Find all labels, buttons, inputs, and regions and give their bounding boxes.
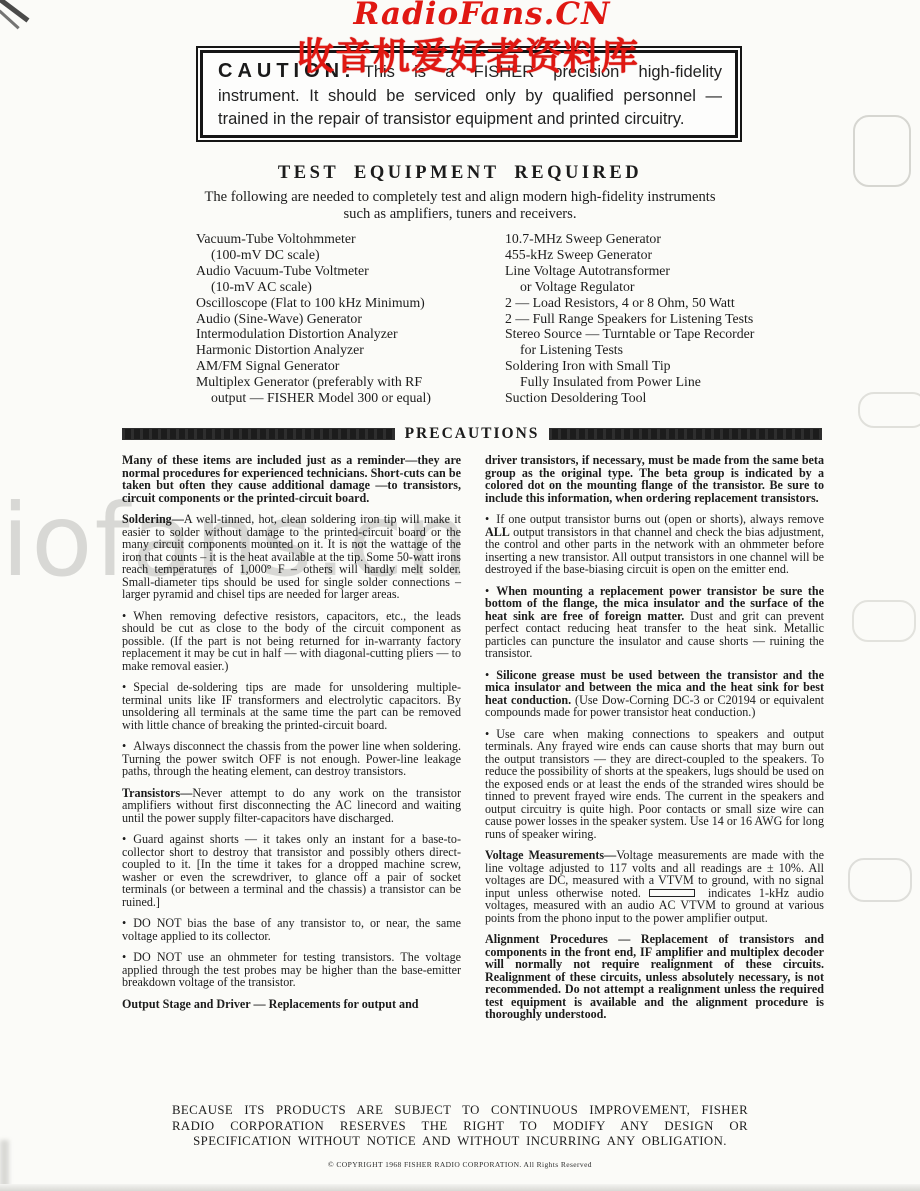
bold-text: Alignment Procedures — Replacement of tr… bbox=[485, 932, 824, 1021]
body-text: DO NOT use an ohmmeter for testing trans… bbox=[122, 950, 461, 989]
body-text: Special de-soldering tips are made for u… bbox=[122, 680, 461, 732]
equipment-item-name: Audio Vacuum-Tube Voltmeter bbox=[196, 263, 496, 279]
paragraph: Many of these items are included just as… bbox=[122, 454, 461, 504]
equipment-list-left: Vacuum-Tube Voltohmmeter(100-mV DC scale… bbox=[196, 231, 496, 406]
bold-text: driver transistors, if necessary, must b… bbox=[485, 453, 824, 505]
test-equipment-intro: The following are needed to completely t… bbox=[0, 189, 920, 223]
equipment-item-detail: for Listening Tests bbox=[505, 342, 815, 358]
equipment-item: Vacuum-Tube Voltohmmeter(100-mV DC scale… bbox=[196, 231, 496, 263]
equipment-item-detail: output — FISHER Model 300 or equal) bbox=[196, 390, 496, 406]
intro-line-2: such as amplifiers, tuners and receivers… bbox=[0, 206, 920, 223]
equipment-item-name: Soldering Iron with Small Tip bbox=[505, 358, 815, 374]
equipment-item-detail: (100-mV DC scale) bbox=[196, 247, 496, 263]
red-watermark-chinese: 收音机爱好者资料库 bbox=[8, 26, 920, 80]
equipment-item-name: 2 — Load Resistors, 4 or 8 Ohm, 50 Watt bbox=[505, 295, 815, 311]
equipment-list-right: 10.7-MHz Sweep Generator455-kHz Sweep Ge… bbox=[505, 231, 815, 406]
header-bar-right bbox=[549, 428, 822, 440]
equipment-item: Audio (Sine-Wave) Generator bbox=[196, 311, 496, 327]
paragraph: driver transistors, if necessary, must b… bbox=[485, 454, 824, 504]
equipment-item: 10.7-MHz Sweep Generator bbox=[505, 231, 815, 247]
paragraph: Transistors—Never attempt to do any work… bbox=[122, 787, 461, 825]
paragraph: •Always disconnect the chassis from the … bbox=[122, 740, 461, 778]
equipment-item: Stereo Source — Turntable or Tape Record… bbox=[505, 326, 815, 358]
equipment-item-detail: (10-mV AC scale) bbox=[196, 279, 496, 295]
body-text: Guard against shorts — it takes only an … bbox=[122, 832, 461, 909]
equipment-item-detail: or Voltage Regulator bbox=[505, 279, 815, 295]
body-text: A well-tinned, hot, clean soldering iron… bbox=[122, 512, 461, 601]
paragraph: •Use care when making connections to spe… bbox=[485, 728, 824, 841]
voltage-callout-box-icon bbox=[649, 889, 695, 897]
equipment-item-name: Intermodulation Distortion Analyzer bbox=[196, 326, 496, 342]
paragraph: •When removing defective resistors, capa… bbox=[122, 610, 461, 673]
copyright-line: © COPYRIGHT 1968 FISHER RADIO CORPORATIO… bbox=[0, 1160, 920, 1169]
body-text: output transistors in that channel and c… bbox=[485, 525, 824, 577]
equipment-item: AM/FM Signal Generator bbox=[196, 358, 496, 374]
precautions-right-column: driver transistors, if necessary, must b… bbox=[485, 454, 824, 1030]
equipment-item-name: Oscilloscope (Flat to 100 kHz Minimum) bbox=[196, 295, 496, 311]
equipment-item-name: Line Voltage Autotransformer bbox=[505, 263, 815, 279]
paragraph: •DO NOT use an ohmmeter for testing tran… bbox=[122, 951, 461, 989]
body-text: When removing defective resistors, capac… bbox=[122, 609, 461, 673]
precautions-body: Many of these items are included just as… bbox=[122, 454, 824, 1030]
bold-text: Many of these items are included just as… bbox=[122, 453, 461, 505]
paragraph: •DO NOT bias the base of any transistor … bbox=[122, 917, 461, 942]
equipment-item: Oscilloscope (Flat to 100 kHz Minimum) bbox=[196, 295, 496, 311]
scan-bottom-edge bbox=[0, 1184, 920, 1191]
binder-hole-mark bbox=[858, 392, 920, 428]
equipment-item: Audio Vacuum-Tube Voltmeter(10-mV AC sca… bbox=[196, 263, 496, 295]
footer-notice: BECAUSE ITS PRODUCTS ARE SUBJECT TO CONT… bbox=[172, 1103, 748, 1150]
paragraph: Output Stage and Driver — Replacements f… bbox=[122, 998, 461, 1011]
precautions-left-column: Many of these items are included just as… bbox=[122, 454, 461, 1030]
equipment-item: Suction Desoldering Tool bbox=[505, 390, 815, 406]
body-text: DO NOT bias the base of any transistor t… bbox=[122, 916, 461, 943]
equipment-item: Multiplex Generator (preferably with RFo… bbox=[196, 374, 496, 406]
equipment-item: Harmonic Distortion Analyzer bbox=[196, 342, 496, 358]
header-bar-left bbox=[122, 428, 395, 440]
equipment-item-name: Stereo Source — Turntable or Tape Record… bbox=[505, 326, 815, 342]
binder-hole-mark bbox=[852, 600, 916, 642]
paragraph: •Silicone grease must be used between th… bbox=[485, 669, 824, 719]
equipment-item-name: Vacuum-Tube Voltohmmeter bbox=[196, 231, 496, 247]
paragraph: •Special de-soldering tips are made for … bbox=[122, 681, 461, 731]
equipment-item: 2 — Full Range Speakers for Listening Te… bbox=[505, 311, 815, 327]
equipment-item-name: 2 — Full Range Speakers for Listening Te… bbox=[505, 311, 815, 327]
equipment-item: Intermodulation Distortion Analyzer bbox=[196, 326, 496, 342]
body-text: Use care when making connections to spea… bbox=[485, 727, 824, 841]
section-title-test-equipment: TEST EQUIPMENT REQUIRED bbox=[0, 163, 920, 184]
precautions-header: PRECAUTIONS bbox=[122, 426, 822, 442]
intro-line-1: The following are needed to completely t… bbox=[0, 189, 920, 206]
equipment-item-name: 10.7-MHz Sweep Generator bbox=[505, 231, 815, 247]
equipment-item-name: Audio (Sine-Wave) Generator bbox=[196, 311, 496, 327]
paragraph: •Guard against shorts — it takes only an… bbox=[122, 833, 461, 908]
equipment-item-name: Multiplex Generator (preferably with RF bbox=[196, 374, 496, 390]
equipment-item-name: Harmonic Distortion Analyzer bbox=[196, 342, 496, 358]
binder-hole-mark bbox=[848, 858, 912, 902]
paragraph: Soldering—A well-tinned, hot, clean sold… bbox=[122, 513, 461, 601]
paragraph: •If one output transistor burns out (ope… bbox=[485, 513, 824, 576]
equipment-item-name: 455-kHz Sweep Generator bbox=[505, 247, 815, 263]
paragraph: Alignment Procedures — Replacement of tr… bbox=[485, 933, 824, 1021]
equipment-item-name: Suction Desoldering Tool bbox=[505, 390, 815, 406]
paragraph: •When mounting a replacement power trans… bbox=[485, 585, 824, 660]
bold-text: Output Stage and Driver — Replacements f… bbox=[122, 997, 419, 1011]
body-text: Always disconnect the chassis from the p… bbox=[122, 739, 461, 778]
equipment-item: 455-kHz Sweep Generator bbox=[505, 247, 815, 263]
equipment-item: Line Voltage Autotransformeror Voltage R… bbox=[505, 263, 815, 295]
equipment-item-name: AM/FM Signal Generator bbox=[196, 358, 496, 374]
equipment-item-detail: Fully Insulated from Power Line bbox=[505, 374, 815, 390]
equipment-item: Soldering Iron with Small TipFully Insul… bbox=[505, 358, 815, 390]
section-title-precautions: PRECAUTIONS bbox=[405, 425, 540, 443]
paragraph: Voltage Measurements—Voltage measurement… bbox=[485, 849, 824, 924]
equipment-item: 2 — Load Resistors, 4 or 8 Ohm, 50 Watt bbox=[505, 295, 815, 311]
